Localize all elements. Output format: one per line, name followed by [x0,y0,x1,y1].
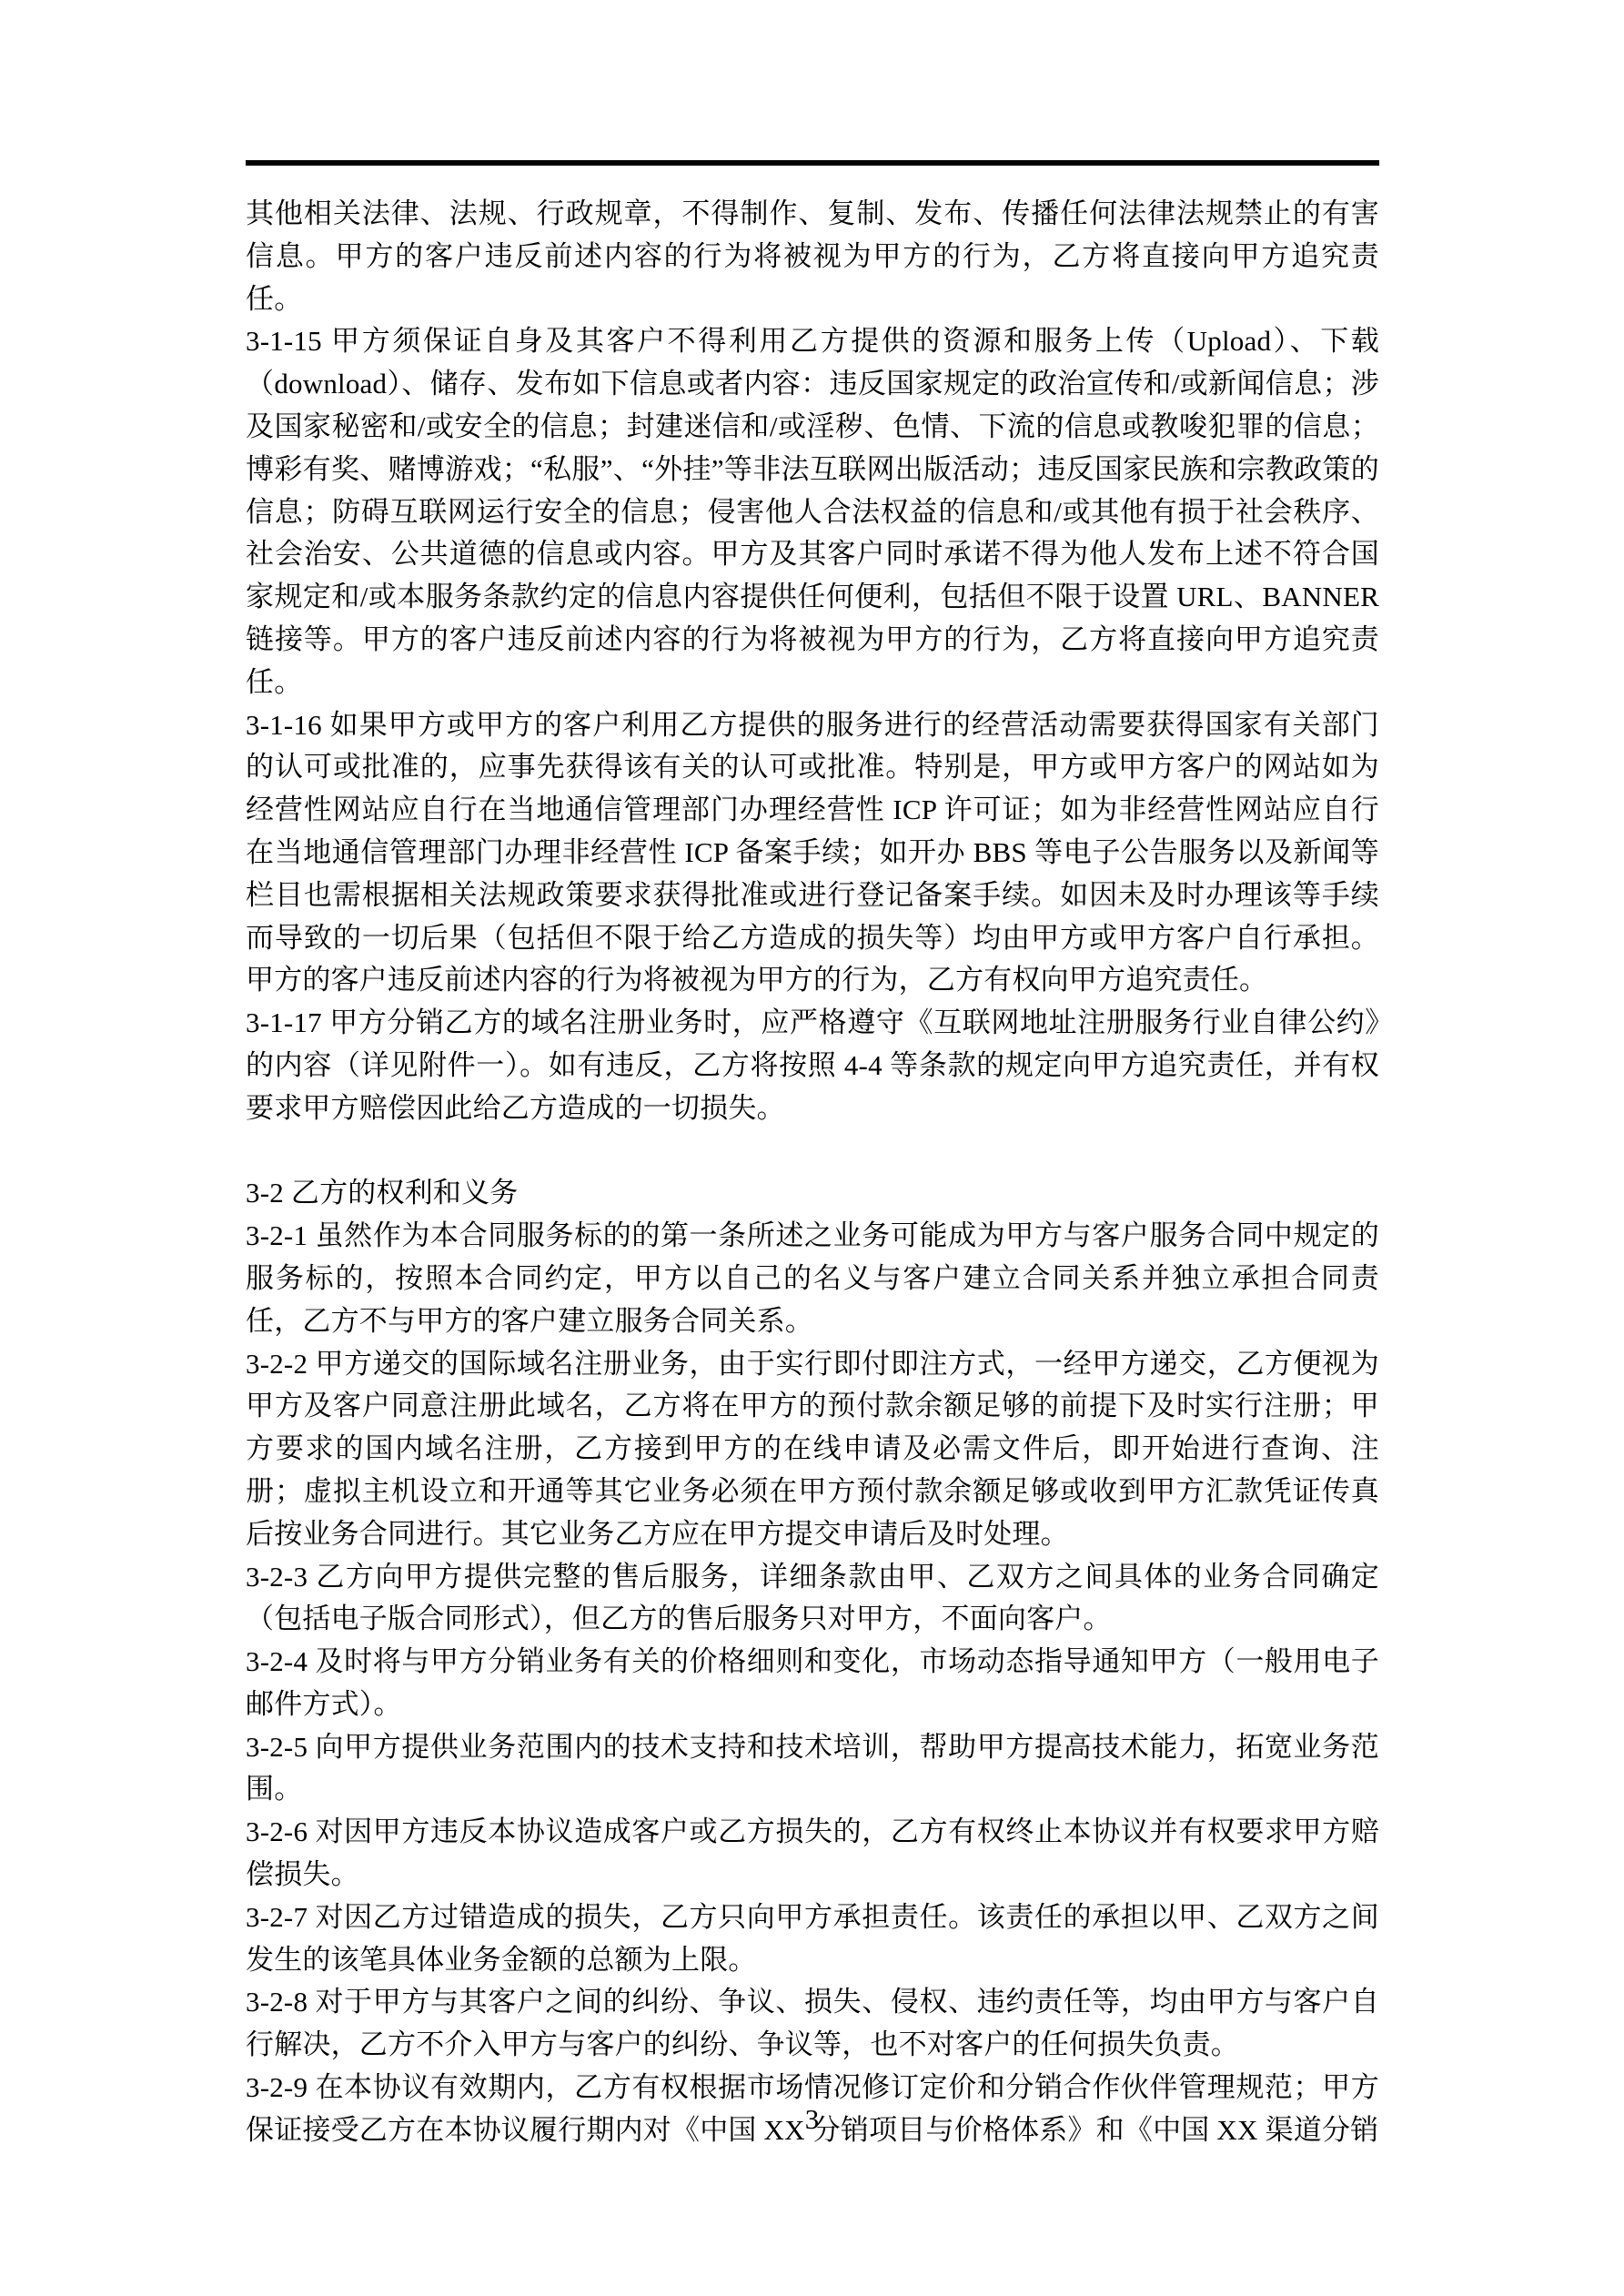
page-number: 3 [805,2103,820,2135]
clause-3-2-2: 3-2-2 甲方递交的国际域名注册业务，由于实行即付即注方式，一经甲方递交，乙方… [246,1343,1379,1556]
section-heading-3-2: 3-2 乙方的权利和义务 [246,1172,1379,1215]
clause-3-2-6: 3-2-6 对因甲方违反本协议造成客户或乙方损失的，乙方有权终止本协议并有权要求… [246,1811,1379,1896]
clause-3-2-8: 3-2-8 对于甲方与其客户之间的纠纷、争议、损失、侵权、违约责任等，均由甲方与… [246,1981,1379,2067]
clause-continuation-paragraph: 其他相关法律、法规、行政规章，不得制作、复制、发布、传播任何法律法规禁止的有害信… [246,193,1379,320]
clause-3-2-5: 3-2-5 向甲方提供业务范围内的技术支持和技术培训，帮助甲方提高技术能力，拓宽… [246,1726,1379,1812]
clause-3-2-1: 3-2-1 虽然作为本合同服务标的的第一条所述之业务可能成为甲方与客户服务合同中… [246,1215,1379,1342]
clause-3-1-15: 3-1-15 甲方须保证自身及其客户不得利用乙方提供的资源和服务上传（Uploa… [246,320,1379,703]
clause-3-2-7: 3-2-7 对因乙方过错造成的损失，乙方只向甲方承担责任。该责任的承担以甲、乙双… [246,1896,1379,1982]
document-page: 其他相关法律、法规、行政规章，不得制作、复制、发布、传播任何法律法规禁止的有害信… [0,0,1624,2296]
clause-3-1-16: 3-1-16 如果甲方或甲方的客户利用乙方提供的服务进行的经营活动需要获得国家有… [246,704,1379,1003]
page-footer: 3 [0,2099,1624,2141]
header-rule [246,160,1379,166]
clause-3-2-4: 3-2-4 及时将与甲方分销业务有关的价格细则和变化，市场动态指导通知甲方（一般… [246,1641,1379,1726]
contract-text: 其他相关法律、法规、行政规章，不得制作、复制、发布、传播任何法律法规禁止的有害信… [246,193,1379,2152]
clause-3-1-17: 3-1-17 甲方分销乙方的域名注册业务时，应严格遵守《互联网地址注册服务行业自… [246,1002,1379,1129]
clause-3-2-3: 3-2-3 乙方向甲方提供完整的售后服务，详细条款由甲、乙双方之间具体的业务合同… [246,1556,1379,1642]
